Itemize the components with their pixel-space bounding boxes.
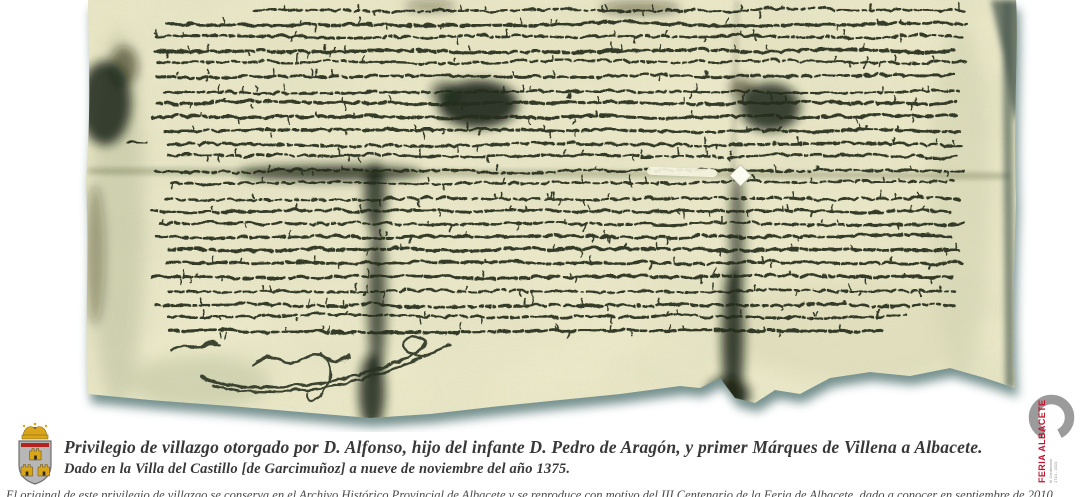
caption: Privilegio de villazgo otorgado por D. A… bbox=[64, 437, 1064, 478]
shield bbox=[19, 441, 51, 484]
crown-icon bbox=[22, 423, 48, 439]
page: Privilegio de villazgo otorgado por D. A… bbox=[0, 0, 1080, 497]
manuscript-photo bbox=[0, 0, 1080, 432]
parchment-surface bbox=[79, 0, 1046, 432]
caption-title: Privilegio de villazgo otorgado por D. A… bbox=[64, 437, 1064, 458]
feria-albacete-logo: FERIA ALBACETE III Centenario 1710 - 201… bbox=[1018, 391, 1080, 497]
clipped-credit-line: El original de este privilegio de villaz… bbox=[6, 488, 1068, 497]
albacete-coat-of-arms-icon bbox=[10, 420, 60, 488]
caption-subtitle: Dado en la Villa del Castillo [de Garcim… bbox=[64, 461, 1064, 478]
feria-logo-subtext-2: 1710 - 2010 bbox=[1053, 437, 1059, 483]
